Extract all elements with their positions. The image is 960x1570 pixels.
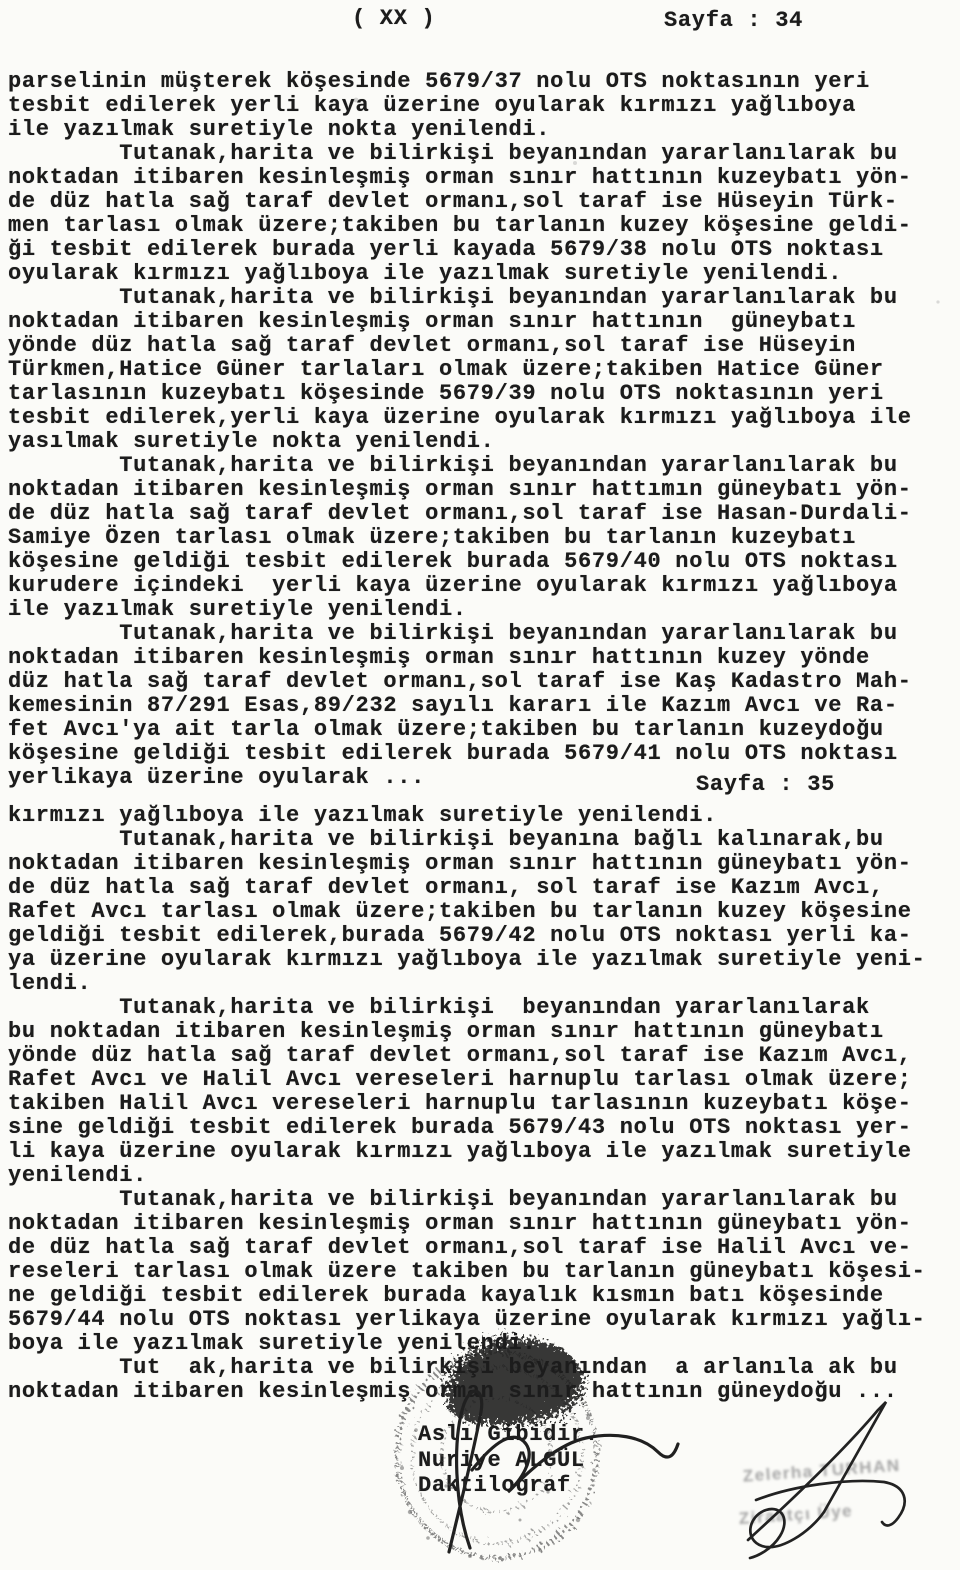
document-line: tesbit edilerek yerli kaya üzerine oyula…	[8, 94, 926, 118]
document-line: yerlikaya üzerine oyularak ...Sayfa : 35	[8, 766, 926, 790]
document-line: yenilendi.	[8, 1164, 926, 1188]
faint-ink-stamp: Zelerha TURHAN Ziraatçı Üye	[716, 1434, 907, 1570]
document-line: bu noktadan itibaren kesinleşmiş orman s…	[8, 1020, 926, 1044]
document-line: geldiği tesbit edilerek,burada 5679/42 n…	[8, 924, 926, 948]
document-line: Rafet Avcı tarlası olmak üzere;takiben b…	[8, 900, 926, 924]
document-line: de düz hatla sağ taraf devlet ormanı,sol…	[8, 1236, 926, 1260]
document-line: yasılmak suretiyle nokta yenilendi.	[8, 430, 926, 454]
document-line: 5679/44 nolu OTS noktası yerlikaya üzeri…	[8, 1308, 926, 1332]
document-line: Tutanak,harita ve bilirkişi beyanından y…	[8, 622, 926, 646]
document-line: yönde düz hatla sağ taraf devlet ormanı,…	[8, 1044, 926, 1068]
faint-stamp-title: Ziraatçı Üye	[738, 1497, 904, 1529]
document-line: ne geldiği tesbit edilerek burada kayalı…	[8, 1284, 926, 1308]
document-line: Tutanak,harita ve bilirkişi beyanından y…	[8, 142, 926, 166]
document-line: fet Avcı'ya ait tarla olmak üzere;takibe…	[8, 718, 926, 742]
document-line: tarlasının kuzeybatı köşesinde 5679/39 n…	[8, 382, 926, 406]
document-line: Tutanak,harita ve bilirkişi beyanından y…	[8, 1188, 926, 1212]
document-line: men tarlası olmak üzere;takiben bu tarla…	[8, 214, 926, 238]
document-line: kırmızı yağlıboya ile yazılmak suretiyle…	[8, 804, 926, 828]
document-line: Tut ak,harita ve bilirkişi beyanından a …	[8, 1356, 926, 1380]
signature-block-line: Daktilograf	[418, 1473, 599, 1499]
document-line: tesbit edilerek,yerli kaya üzerine oyula…	[8, 406, 926, 430]
document-line: Tutanak,harita ve bilirkişi beyanına bağ…	[8, 828, 926, 852]
document-line: de düz hatla sağ taraf devlet ormanı, so…	[8, 876, 926, 900]
document-line: noktadan itibaren kesinleşmiş orman sını…	[8, 166, 926, 190]
signature-block-line: Aslı Gibidir.	[418, 1422, 599, 1448]
document-line: boya ile yazılmak suretiyle yenilendi.	[8, 1332, 926, 1356]
page-number-header: Sayfa : 34	[664, 8, 803, 33]
document-line: ile yazılmak suretiyle nokta yenilendi.	[8, 118, 926, 142]
document-line: Samiye Özen tarlası olmak üzere;takiben …	[8, 526, 926, 550]
document-line: kemesinin 87/291 Esas,89/232 sayılı kara…	[8, 694, 926, 718]
document-line: noktadan itibaren kesinleşmiş orman sını…	[8, 852, 926, 876]
document-line: kurudere içindeki yerli kaya üzerine oyu…	[8, 574, 926, 598]
document-text: parselinin müşterek köşesinde 5679/37 no…	[8, 70, 926, 1404]
typist-attestation-block: Aslı Gibidir.Nuriye ALGÜLDaktilograf	[418, 1422, 599, 1499]
faint-stamp-name: Zelerha TURHAN	[742, 1456, 901, 1486]
document-line: köşesine geldiği tesbit edilerek burada …	[8, 742, 926, 766]
document-line: ya üzerine oyularak kırmızı yağlıboya il…	[8, 948, 926, 972]
document-line: Tutanak,harita ve bilirkişi beyanından y…	[8, 286, 926, 310]
document-line: reseleri tarlası olmak üzere takiben bu …	[8, 1260, 926, 1284]
document-line: Türkmen,Hatice Güner tarlaları olmak üze…	[8, 358, 926, 382]
document-line: köşesine geldiği tesbit edilerek burada …	[8, 550, 926, 574]
document-line: yönde düz hatla sağ taraf devlet ormanı,…	[8, 334, 926, 358]
document-line: noktadan itibaren kesinleşmiş orman sını…	[8, 1212, 926, 1236]
document-line: noktadan itibaren kesinleşmiş orman sını…	[8, 646, 926, 670]
document-line: oyularak kırmızı yağlıboya ile yazılmak …	[8, 262, 926, 286]
document-line: de düz hatla sağ taraf devlet ormanı,sol…	[8, 190, 926, 214]
document-line: Tutanak,harita ve bilirkişi beyanından y…	[8, 454, 926, 478]
scanned-document-page: ( XX ) Sayfa : 34 parselinin müşterek kö…	[0, 0, 960, 1570]
document-line: noktadan itibaren kesinleşmiş orman sını…	[8, 478, 926, 502]
document-section-mark: ( XX )	[352, 6, 435, 31]
document-line: noktadan itibaren kesinleşmiş orman sını…	[8, 1380, 926, 1404]
document-line: de düz hatla sağ taraf devlet ormanı,sol…	[8, 502, 926, 526]
signature-block-line: Nuriye ALGÜL	[418, 1448, 599, 1474]
document-line: parselinin müşterek köşesinde 5679/37 no…	[8, 70, 926, 94]
page-number-inline-label: Sayfa : 35	[696, 773, 835, 797]
document-line: noktadan itibaren kesinleşmiş orman sını…	[8, 310, 926, 334]
document-line: Rafet Avcı ve Halil Avcı vereseleri harn…	[8, 1068, 926, 1092]
document-line: sine geldiği tesbit edilerek burada 5679…	[8, 1116, 926, 1140]
document-line: li kaya üzerine oyularak kırmızı yağlıbo…	[8, 1140, 926, 1164]
document-line: takiben Halil Avcı vereseleri harnuplu t…	[8, 1092, 926, 1116]
document-line: ği tesbit edilerek burada yerli kayada 5…	[8, 238, 926, 262]
document-line: Tutanak,harita ve bilirkişi beyanından y…	[8, 996, 926, 1020]
document-line: ile yazılmak suretiyle yenilendi.	[8, 598, 926, 622]
document-line: lendi.	[8, 972, 926, 996]
document-line: düz hatla sağ taraf devlet ormanı,sol ta…	[8, 670, 926, 694]
